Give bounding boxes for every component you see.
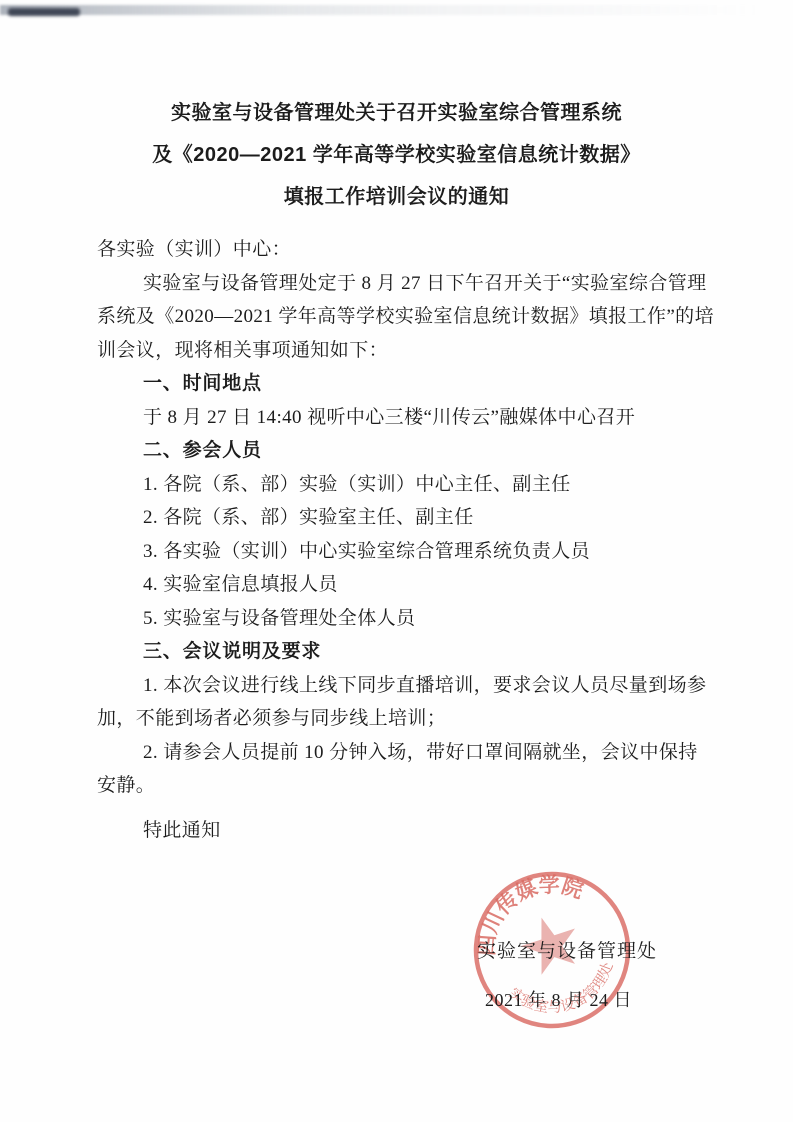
signature-department: 实验室与设备管理处 (477, 936, 657, 963)
list-item: 5. 实验室与设备管理处全体人员 (97, 602, 717, 636)
list-item: 4. 实验室信息填报人员 (97, 568, 717, 602)
body-line: 实验室与设备管理处定于 8 月 27 日下午召开关于“实验室综合管理 (97, 267, 717, 301)
title-line-1: 实验室与设备管理处关于召开实验室综合管理系统 (0, 92, 793, 134)
body-line: 系统及《2020—2021 学年高等学校实验室信息统计数据》填报工作”的培 (97, 300, 717, 334)
document-title: 实验室与设备管理处关于召开实验室综合管理系统 及《2020—2021 学年高等学… (0, 92, 793, 218)
body-line: 安静。 (97, 769, 717, 803)
salutation: 各实验（实训）中心： (97, 233, 717, 267)
body-line: 1. 本次会议进行线上线下同步直播培训，要求会议人员尽量到场参 (97, 669, 717, 703)
list-item: 1. 各院（系、部）实验（实训）中心主任、副主任 (97, 468, 717, 502)
scan-smudge-blob (8, 8, 80, 16)
signature-date: 2021 年 8 月 24 日 (485, 986, 632, 1012)
section-heading-2: 二、参会人员 (97, 434, 717, 468)
body-line: 训会议，现将相关事项通知如下： (97, 334, 717, 368)
list-item: 3. 各实验（实训）中心实验室综合管理系统负责人员 (97, 535, 717, 569)
list-item: 2. 各院（系、部）实验室主任、副主任 (97, 501, 717, 535)
section-heading-3: 三、会议说明及要求 (97, 635, 717, 669)
scan-smudge-band (0, 5, 760, 15)
body-line: 于 8 月 27 日 14:40 视听中心三楼“川传云”融媒体中心召开 (97, 401, 717, 435)
document-body: 各实验（实训）中心： 实验室与设备管理处定于 8 月 27 日下午召开关于“实验… (97, 233, 717, 847)
body-line: 加，不能到场者必须参与同步线上培训； (97, 702, 717, 736)
scanned-notice-page: 实验室与设备管理处关于召开实验室综合管理系统 及《2020—2021 学年高等学… (0, 0, 793, 1122)
body-line: 2. 请参会人员提前 10 分钟入场，带好口罩间隔就坐，会议中保持 (97, 736, 717, 770)
title-line-3: 填报工作培训会议的通知 (0, 176, 793, 218)
title-line-2: 及《2020—2021 学年高等学校实验室信息统计数据》 (0, 134, 793, 176)
section-heading-1: 一、时间地点 (97, 367, 717, 401)
